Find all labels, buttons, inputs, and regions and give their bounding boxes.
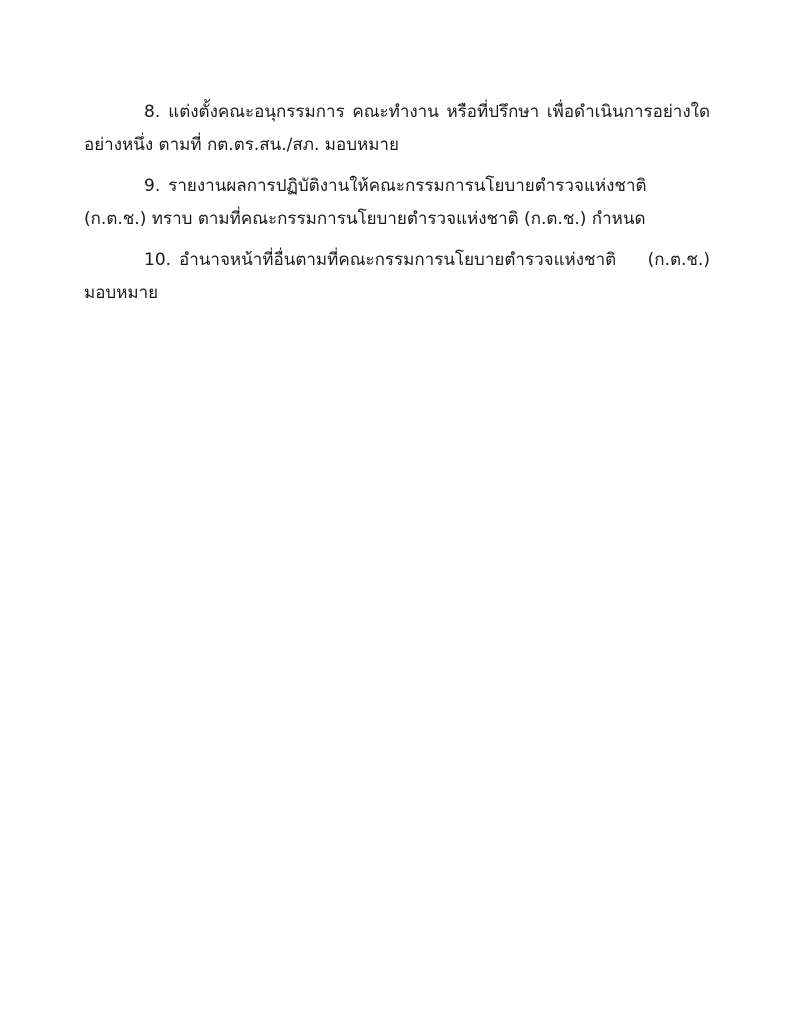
list-item-8: 8.แต่งตั้งคณะอนุกรรมการ คณะทำงาน หรือที่… xyxy=(84,96,710,162)
document-page: 8.แต่งตั้งคณะอนุกรรมการ คณะทำงาน หรือที่… xyxy=(84,96,710,318)
item-text: แต่งตั้งคณะอนุกรรมการ คณะทำงาน หรือที่ปร… xyxy=(84,102,710,155)
item-number: 9. xyxy=(144,176,160,196)
list-item-10: 10.อำนาจหน้าที่อื่นตามที่คณะกรรมการนโยบา… xyxy=(84,244,710,310)
list-item-9: 9.รายงานผลการปฏิบัติงานให้คณะกรรมการนโยบ… xyxy=(84,170,710,236)
item-number: 8. xyxy=(144,102,160,122)
item-number: 10. xyxy=(144,250,171,270)
item-text: อำนาจหน้าที่อื่นตามที่คณะกรรมการนโยบายตำ… xyxy=(84,250,710,303)
item-text: รายงานผลการปฏิบัติงานให้คณะกรรมการนโยบาย… xyxy=(84,176,647,229)
